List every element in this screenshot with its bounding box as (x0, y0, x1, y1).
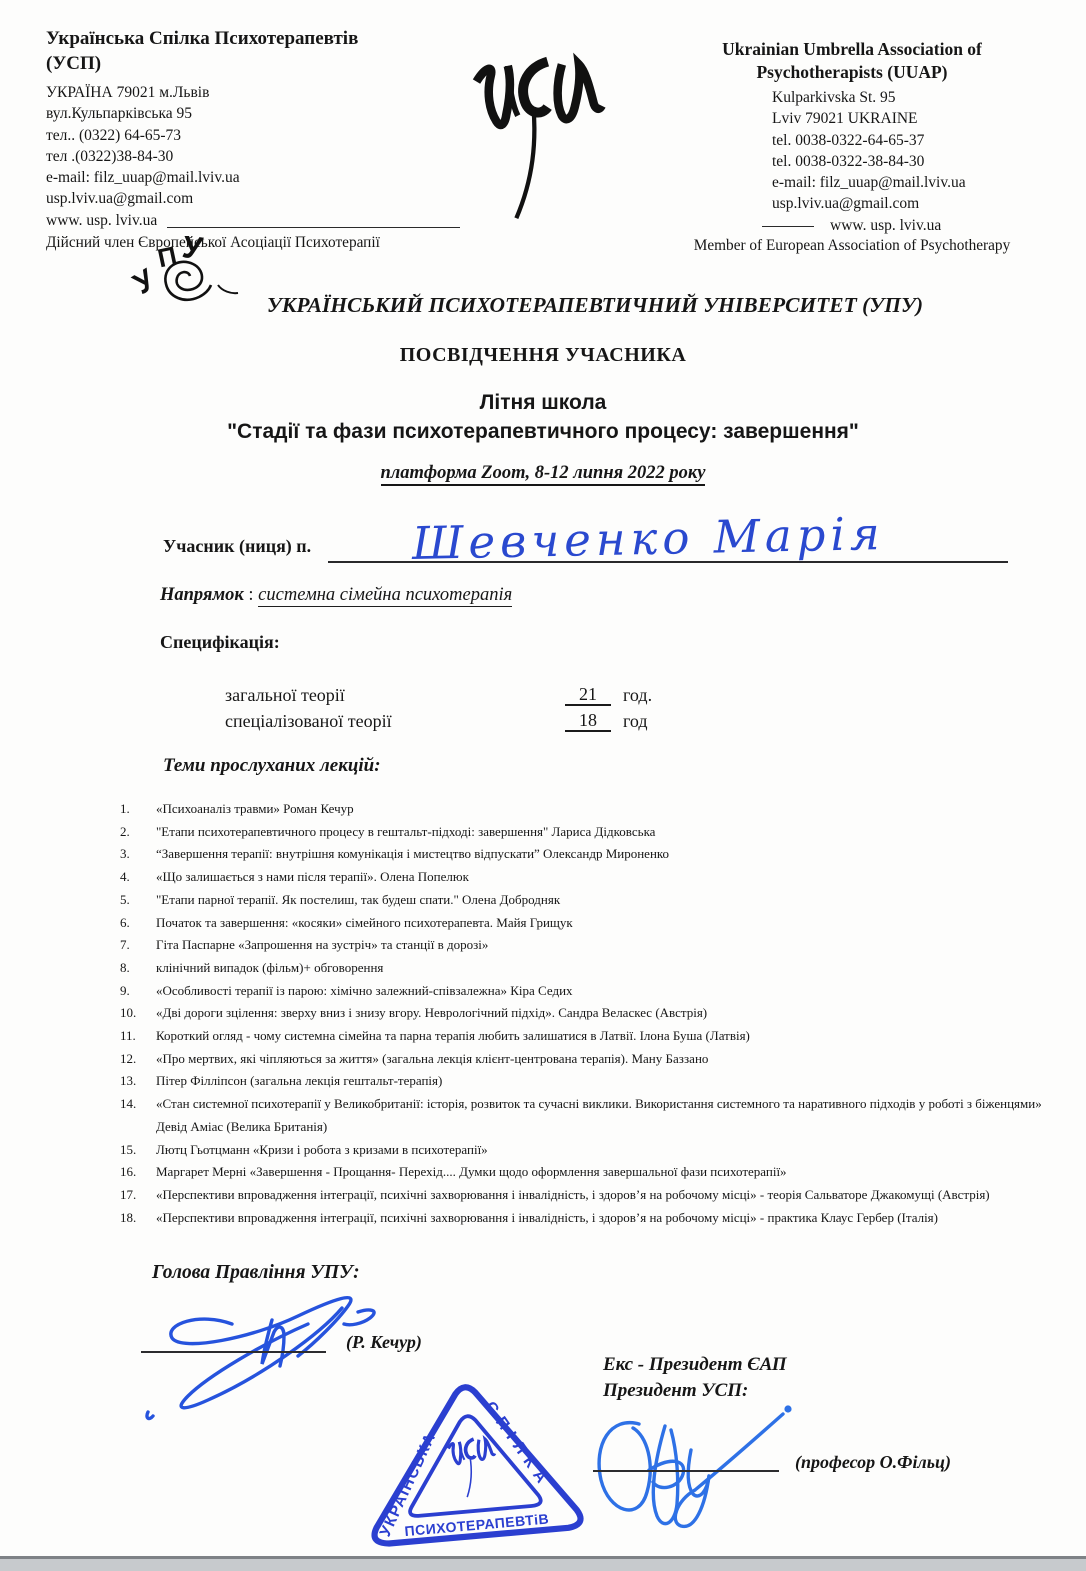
lecture-item: 3. “Завершення терапії: внутрішня комуні… (120, 843, 1072, 866)
lecture-item: 6. Початок та завершення: «косяки» сімей… (120, 912, 1072, 935)
lecture-number: 2. (120, 821, 156, 844)
address-ua-email2: usp.lviv.ua@gmail.com (46, 188, 466, 209)
lecture-text: клінічний випадок (фільм)+ обговорення (156, 957, 1072, 980)
lecture-number: 3. (120, 843, 156, 866)
lecture-text: Пітер Філліпсон (загальна лекція гешталь… (156, 1070, 1072, 1093)
scan-edge-strip (0, 1556, 1086, 1571)
lecture-number: 10. (120, 1002, 156, 1025)
lecture-text: “Завершення терапії: внутрішня комунікац… (156, 843, 1072, 866)
usp-stamp: УКРАЇНСЬКА СПІЛКА ПСИХОТЕРАПЕВТіВ (345, 1370, 600, 1570)
lecture-number: 5. (120, 889, 156, 912)
lecture-text: «Про мертвих, які чіпляються за життя» (… (156, 1048, 1072, 1071)
lecture-item: 11. Короткий огляд - чому системна сімей… (120, 1025, 1072, 1048)
usp-brush-monogram-logo (452, 36, 612, 221)
address-en-city: Lviv 79021 UKRAINE (772, 108, 1032, 129)
certificate-page: Українська Спілка Психотерапевтів (УСП) … (0, 0, 1086, 1571)
lecture-number: 13. (120, 1070, 156, 1093)
lecture-item: 5. "Етапи парної терапії. Як постелиш, т… (120, 889, 1072, 912)
lecture-text: «Перспективи впровадження інтеграції, пс… (156, 1184, 1072, 1207)
spec-hours: 18 (565, 710, 611, 732)
lecture-text: «Перспективи впровадження інтеграції, пс… (156, 1207, 1072, 1230)
header-right: Ukrainian Umbrella Association of Psycho… (634, 38, 1070, 255)
lecture-number: 1. (120, 798, 156, 821)
org-name-ua-line2: (УСП) (46, 51, 466, 76)
chairman-name: (Р. Кечур) (346, 1332, 422, 1353)
address-en-www-row: www. usp. lviv.ua (772, 215, 1032, 236)
lecture-number: 12. (120, 1048, 156, 1071)
lecture-item: 13. Пітер Філліпсон (загальна лекція геш… (120, 1070, 1072, 1093)
lecture-number: 8. (120, 957, 156, 980)
lecture-text: Короткий огляд - чому системна сімейна т… (156, 1025, 1072, 1048)
lecture-text: Маргарет Мерні «Завершення - Прощання- П… (156, 1161, 1072, 1184)
specification-row: спеціалізованої теорії 18 год (225, 706, 652, 732)
org-name-ua: Українська Спілка Психотерапевтів (УСП) (46, 26, 466, 76)
stamp-monogram (448, 1437, 499, 1498)
president-signature-ink (583, 1386, 818, 1546)
lecture-item: 18. «Перспективи впровадження інтеграції… (120, 1207, 1072, 1230)
lecture-item: 7. Гіта Паспарне «Запрошення на зустріч»… (120, 934, 1072, 957)
address-en-street: Kulparkivska St. 95 (772, 87, 1032, 108)
address-ua-www: www. usp. lviv.ua (46, 210, 157, 231)
lecture-number: 15. (120, 1139, 156, 1162)
lecture-item: 17. «Перспективи впровадження інтеграції… (120, 1184, 1072, 1207)
president-signature-line (593, 1470, 779, 1472)
lecture-number: 4. (120, 866, 156, 889)
lecture-number: 6. (120, 912, 156, 935)
lecture-item: 9. «Особливості терапії із парою: хімічн… (120, 980, 1072, 1003)
lecture-text: "Етапи психотерапевтичного процесу в геш… (156, 821, 1072, 844)
address-ua-email1: e-mail: filz_uuap@mail.lviv.ua (46, 167, 466, 188)
spec-name: спеціалізованої теорії (225, 711, 565, 732)
address-en-email2: usp.lviv.ua@gmail.com (772, 193, 1032, 214)
lecture-text: «Що залишається з нами після терапії». О… (156, 866, 1072, 889)
svg-text:СПІЛКА: СПІЛКА (480, 1394, 554, 1496)
lecture-text: Лютц Гьотцманн «Кризи і робота з кризами… (156, 1139, 1072, 1162)
lecture-item: 10. «Дві дороги зцілення: зверху вниз і … (120, 1002, 1072, 1025)
lecture-item: 4. «Що залишається з нами після терапії»… (120, 866, 1072, 889)
lecture-number: 9. (120, 980, 156, 1003)
address-en-phone1: tel. 0038-0322-64-65-37 (772, 130, 1032, 151)
address-ua: УКРАЇНА 79021 м.Львів вул.Кульпарківська… (46, 82, 466, 253)
address-en-phone2: tel. 0038-0322-38-84-30 (772, 151, 1032, 172)
lecture-number: 14. (120, 1093, 156, 1138)
direction-row: Напрямок : системна сімейна психотерапія (160, 585, 512, 606)
member-line-ua: Дійсний член Європейської Асоціації Псих… (46, 232, 466, 253)
specification-label: Специфікація: (160, 632, 280, 653)
org-name-en-line1: Ukrainian Umbrella Association of (634, 38, 1070, 61)
president-name: (професор О.Фільц) (795, 1452, 951, 1473)
spec-unit: год. (623, 685, 652, 706)
lecture-text: Гіта Паспарне «Запрошення на зустріч» та… (156, 934, 1072, 957)
direction-label: Напрямок (160, 585, 244, 605)
direction-separator: : (244, 585, 258, 605)
address-ua-phone2: тел .(0322)38-84-30 (46, 146, 466, 167)
upu-letter-3: У (180, 236, 206, 267)
president-title-line1: Екс - Президент ЄАП (603, 1352, 787, 1378)
platform-text: платформа Zoom, 8-12 липня 2022 року (381, 463, 706, 486)
lecture-item: 12. «Про мертвих, які чіпляються за житт… (120, 1048, 1072, 1071)
lecture-text: "Етапи парної терапії. Як постелиш, так … (156, 889, 1072, 912)
lecture-number: 11. (120, 1025, 156, 1048)
lecture-text: «Психоаналіз травми» Роман Кечур (156, 798, 1072, 821)
spec-hours: 21 (565, 684, 611, 706)
lecture-number: 17. (120, 1184, 156, 1207)
lecture-item: 15. Лютц Гьотцманн «Кризи і робота з кри… (120, 1139, 1072, 1162)
lectures-title: Теми прослуханих лекцій: (163, 755, 381, 777)
org-name-en-line2: Psychotherapists (UUAP) (634, 61, 1070, 84)
lecture-item: 1. «Психоаналіз травми» Роман Кечур (120, 798, 1072, 821)
underline-rule (762, 226, 814, 227)
address-en: Kulparkivska St. 95 Lviv 79021 UKRAINE t… (772, 87, 1032, 236)
participant-label: Учасник (ниця) п. (163, 536, 311, 557)
org-name-en: Ukrainian Umbrella Association of Psycho… (634, 38, 1070, 84)
address-ua-www-row: www. usp. lviv.ua (46, 210, 466, 231)
participant-handwritten-name: Шевченко Марія (411, 507, 885, 570)
lecture-item: 2. "Етапи психотерапевтичного процесу в … (120, 821, 1072, 844)
chairman-signature-line (141, 1351, 326, 1353)
upu-letter-2: П (155, 240, 180, 273)
lecture-number: 18. (120, 1207, 156, 1230)
spec-name: загальної теорії (225, 685, 565, 706)
university-title: УКРАЇНСЬКИЙ ПСИХОТЕРАПЕВТИЧНИЙ УНІВЕРСИТ… (105, 293, 1085, 318)
lecture-item: 8. клінічний випадок (фільм)+ обговоренн… (120, 957, 1072, 980)
underline-rule (167, 227, 460, 228)
stamp-right-text: СПІЛКА (480, 1394, 554, 1496)
lecture-number: 7. (120, 934, 156, 957)
specification-row: загальної теорії 21 год. (225, 680, 652, 706)
certificate-title: ПОСВІДЧЕННЯ УЧАСНИКА (0, 344, 1086, 367)
school-title: Літня школа (0, 391, 1086, 415)
specification-rows: загальної теорії 21 год. спеціалізованої… (225, 680, 652, 732)
address-en-email1: e-mail: filz_uuap@mail.lviv.ua (772, 172, 1032, 193)
address-ua-street: вул.Кульпарківська 95 (46, 103, 466, 124)
org-name-ua-line1: Українська Спілка Психотерапевтів (46, 26, 466, 51)
address-en-www: www. usp. lviv.ua (830, 217, 941, 234)
lecture-item: 16. Маргарет Мерні «Завершення - Прощанн… (120, 1161, 1072, 1184)
lecture-text: Початок та завершення: «косяки» сімейног… (156, 912, 1072, 935)
spec-unit: год (623, 711, 648, 732)
school-theme-title: "Стадії та фази психотерапевтичного проц… (0, 420, 1086, 444)
address-ua-country: УКРАЇНА 79021 м.Львів (46, 82, 466, 103)
address-ua-phone1: тел.. (0322) 64-65-73 (46, 125, 466, 146)
lecture-text: «Дві дороги зцілення: зверху вниз і зниз… (156, 1002, 1072, 1025)
lecture-number: 16. (120, 1161, 156, 1184)
member-line-en: Member of European Association of Psycho… (634, 237, 1070, 255)
header-left: Українська Спілка Психотерапевтів (УСП) … (46, 26, 466, 253)
lecture-text: «Особливості терапії із парою: хімічно з… (156, 980, 1072, 1003)
direction-value: системна сімейна психотерапія (258, 585, 512, 607)
lecture-item: 14. «Стан системної психотерапії у Велик… (120, 1093, 1072, 1138)
lecture-text: «Стан системної психотерапії у Великобри… (156, 1093, 1072, 1138)
lectures-list: 1. «Психоаналіз травми» Роман Кечур 2. "… (120, 798, 1072, 1229)
platform-line: платформа Zoom, 8-12 липня 2022 року (0, 463, 1086, 484)
